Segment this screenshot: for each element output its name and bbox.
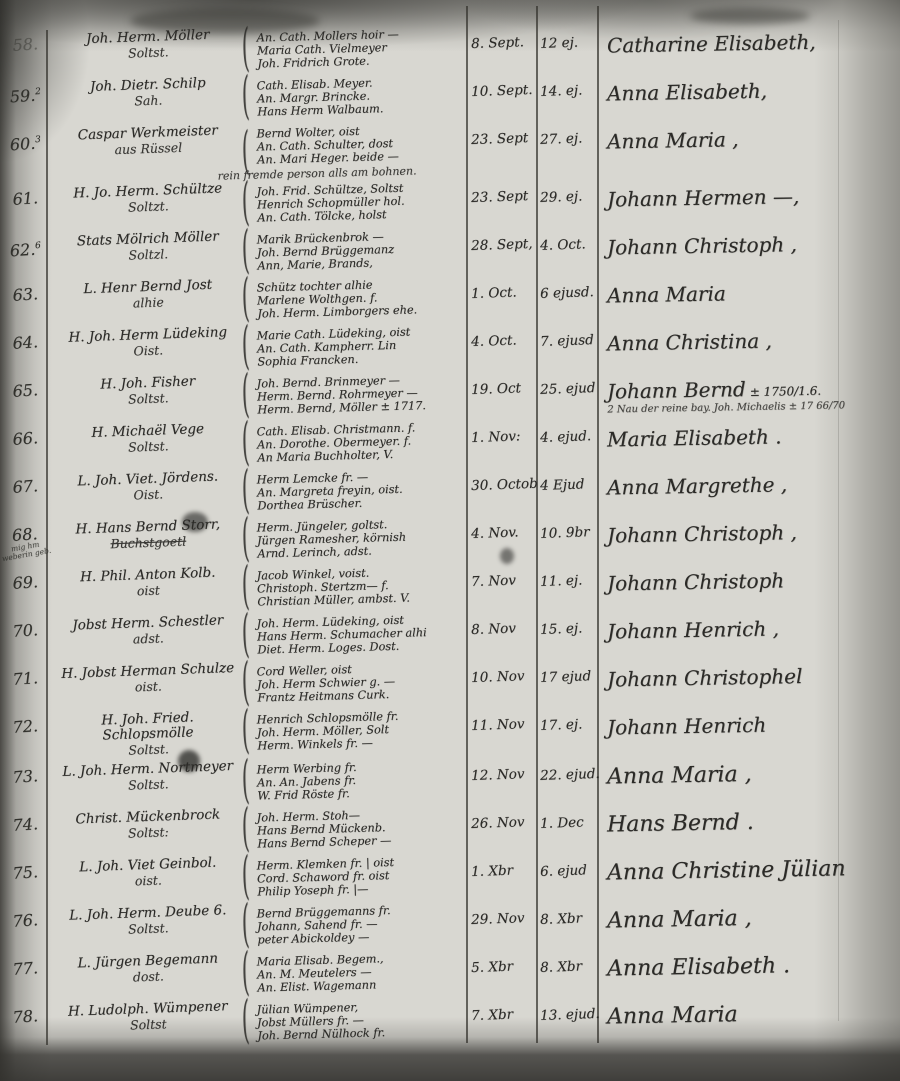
child-name: Johann Hermen —, xyxy=(597,178,900,210)
godparents-brace: ( xyxy=(242,714,250,749)
birth-date: 29. Nov xyxy=(466,902,537,928)
baptism-date: 27. ej. xyxy=(536,122,598,148)
father-name-line2: Soltst. xyxy=(56,388,240,409)
register-row: 77. L. Jürgen Begemanndost. (Maria Elisa… xyxy=(0,950,900,998)
entry-number: 65. xyxy=(0,371,51,400)
child-name: Catharine Elisabeth, xyxy=(597,24,900,56)
entry-number-superscript: 2 xyxy=(35,87,41,97)
godparents-brace: ( xyxy=(242,186,250,221)
register-row: 63. L. Henr Bernd Jostalhie (Schütz toch… xyxy=(0,276,900,324)
godparents-brace: ( xyxy=(242,666,250,701)
baptism-date: 4 Ejud xyxy=(536,468,598,494)
father-name: Joh. Dietr. SchilpSah. xyxy=(49,72,242,112)
father-name: H. Joh. Herm LüdekingOist. xyxy=(49,322,242,362)
entry-number: 74. xyxy=(0,805,51,834)
register-row: 78. H. Ludolph. WümpenerSoltst (Jülian W… xyxy=(0,998,900,1046)
father-name: H. Joh. Fried. SchlopsmölleSoltst. xyxy=(49,706,243,761)
entry-number: 69. xyxy=(0,563,51,592)
entry-number: 59.2 xyxy=(0,73,51,106)
godparents-brace: ( xyxy=(242,618,250,653)
father-name-line2: Soltst: xyxy=(56,822,240,843)
birth-date: 10. Nov xyxy=(466,660,537,686)
child-name: Anna Maria , xyxy=(597,900,900,932)
baptism-date: 4. ejud. xyxy=(536,420,598,446)
child-name: Maria Elisabeth . xyxy=(597,418,900,450)
godparents-list: (Herm. Jüngeler, goltst.Jürgen Ramesher,… xyxy=(242,514,467,561)
father-name-line2: oist. xyxy=(56,676,240,697)
baptism-date: 8. Xbr xyxy=(536,950,598,976)
godparents-list: (Cath. Elisab. Meyer.An. Margr. Brincke.… xyxy=(242,72,467,119)
father-name: Jobst Herm. Schestleradst. xyxy=(49,610,242,650)
register-row: 74. Christ. MückenbrockSoltst: (Joh. Her… xyxy=(0,806,900,854)
birth-date: 1. Nov: xyxy=(466,420,537,446)
baptism-date: 25. ejud xyxy=(536,372,598,398)
godparents-list: (Jülian Wümpener,Jobst Müllers fr. —Joh.… xyxy=(242,996,467,1043)
entry-number: 72. xyxy=(0,707,51,736)
child-name: Johann Christoph , xyxy=(597,514,900,546)
child-name: Anna Maria xyxy=(597,274,900,306)
register-row: 62.6 Stats Mölrich MöllerSoltzl. (Marik … xyxy=(0,228,900,276)
baptism-date: 12 ej. xyxy=(536,26,598,52)
father-name: L. Joh. Herm. Deube 6.Soltst. xyxy=(49,900,242,940)
entry-number: 75. xyxy=(0,853,51,882)
father-name-line2: Soltst. xyxy=(56,918,240,939)
godparents-brace: ( xyxy=(242,522,250,557)
birth-date: 19. Oct xyxy=(466,372,537,398)
father-name-line2: aus Rüssel xyxy=(56,138,240,159)
father-name-line2: Soltst. xyxy=(56,774,240,795)
birth-date: 10. Sept. xyxy=(466,74,537,100)
register-row: 76. L. Joh. Herm. Deube 6.Soltst. (Bernd… xyxy=(0,902,900,950)
father-name-line2: Soltst. xyxy=(56,436,240,457)
entry-number-superscript: 3 xyxy=(35,135,41,145)
father-name-line2: Soltst. xyxy=(56,42,240,63)
birth-date: 4. Nov. xyxy=(466,516,537,542)
entry-number: 67. xyxy=(0,467,51,496)
godparents-brace: ( xyxy=(242,1004,250,1039)
father-name-line2: Oist. xyxy=(56,340,240,361)
baptism-date: 29. ej. xyxy=(536,180,598,206)
entry-number-superscript: 6 xyxy=(35,241,41,251)
child-name: Johann Christoph xyxy=(597,562,900,594)
father-name: H. Jobst Herman Schulzeoist. xyxy=(49,658,242,698)
birth-date: 28. Sept, xyxy=(466,228,537,254)
baptism-date: 22. ejud. xyxy=(536,758,598,784)
child-name: Anna Maria xyxy=(597,996,900,1028)
birth-date: 12. Nov xyxy=(466,758,537,784)
baptism-date: 4. Oct. xyxy=(536,228,598,254)
entry-number: 73. xyxy=(0,757,51,786)
father-name: Stats Mölrich MöllerSoltzl. xyxy=(49,226,242,266)
birth-date: 4. Oct. xyxy=(466,324,537,350)
baptism-date: 6 ejusd. xyxy=(536,276,598,302)
father-name-line2: alhie xyxy=(56,292,240,313)
godparents-brace: ( xyxy=(242,32,250,67)
godparents-brace: ( xyxy=(242,234,250,269)
godparents-list: (Bernd Brüggemanns fr.Johann, Sahend fr.… xyxy=(242,900,467,947)
register-row: 70. Jobst Herm. Schestleradst. (Joh. Her… xyxy=(0,612,900,660)
baptism-date: 10. 9br xyxy=(536,516,598,542)
godparents-list: (Herm. Klemken fr. | oistCord. Schaword … xyxy=(242,852,467,899)
godparents-list: (Schütz tochter alhieMarlene Wolthgen. f… xyxy=(242,274,467,321)
baptism-date: 8. Xbr xyxy=(536,902,598,928)
father-name: H. Hans Bernd Storr,Buchstgoetl xyxy=(49,514,242,554)
entry-number: 62.6 xyxy=(0,227,51,260)
child-name: Johann Bernd± 1750/1.6.2 Nau der reine b… xyxy=(597,370,900,415)
godparents-brace: ( xyxy=(242,426,250,461)
godparents-brace: ( xyxy=(242,908,250,943)
child-name: Anna Maria , xyxy=(597,120,900,152)
register-row: 64. H. Joh. Herm LüdekingOist. (Marie Ca… xyxy=(0,324,900,372)
godparents-brace: ( xyxy=(242,812,250,847)
father-name-line2: Soltst xyxy=(56,1014,240,1035)
margin-note: mig hm weberin geb. xyxy=(0,539,52,563)
godparents-list: (Joh. Herm. Stoh—Hans Bernd Mückenb.Hans… xyxy=(242,804,467,851)
godparents-brace: ( xyxy=(242,282,250,317)
register-row: 68.mig hm weberin geb. H. Hans Bernd Sto… xyxy=(0,516,900,564)
father-name-line2: Soltzl. xyxy=(56,244,240,265)
father-name: H. Phil. Anton Kolb.oist xyxy=(49,562,242,602)
child-name: Anna Christine Jülian xyxy=(597,852,900,884)
baptism-date: 17 ejud xyxy=(536,660,598,686)
godparents-brace: ( xyxy=(242,860,250,895)
father-name: L. Henr Bernd Jostalhie xyxy=(49,274,242,314)
register-rows: 58. Joh. Herm. MöllerSoltst. (An. Cath. … xyxy=(0,26,900,1046)
godparents-brace: ( xyxy=(242,80,250,115)
father-name-line2: adst. xyxy=(56,628,240,649)
godparents-list: (Cath. Elisab. Christmann. f.An. Dorothe… xyxy=(242,418,467,465)
register-row: 66. H. Michaël VegeSoltst. (Cath. Elisab… xyxy=(0,420,900,468)
father-name: H. Michaël VegeSoltst. xyxy=(49,418,242,458)
later-annotation: ± 1750/1.6. xyxy=(750,384,822,399)
entry-number: 68.mig hm weberin geb. xyxy=(0,515,51,560)
birth-date: 23. Sept xyxy=(466,122,537,148)
register-row: 71. H. Jobst Herman Schulzeoist. (Cord W… xyxy=(0,660,900,708)
baptism-date: 15. ej. xyxy=(536,612,598,638)
birth-date: 1. Oct. xyxy=(466,276,537,302)
godparents-list: (Marik Brückenbrok —Joh. Bernd Brüggeman… xyxy=(242,226,467,273)
stain xyxy=(690,8,810,24)
father-name-line2: oist xyxy=(56,580,240,601)
godparents-brace: ( xyxy=(242,764,250,799)
register-row: 59.2 Joh. Dietr. SchilpSah. (Cath. Elisa… xyxy=(0,74,900,122)
godparents-list: (Joh. Frid. Schültze, SoltstHenrich Scho… xyxy=(242,178,467,225)
entry-number: 76. xyxy=(0,901,51,930)
birth-date: 1. Xbr xyxy=(466,854,537,880)
entry-number: 70. xyxy=(0,611,51,640)
register-row: 69. H. Phil. Anton Kolb.oist (Jacob Wink… xyxy=(0,564,900,612)
godparents-list: (Joh. Herm. Lüdeking, oistHans Herm. Sch… xyxy=(242,610,467,657)
birth-date: 23. Sept xyxy=(466,180,537,206)
father-name: H. Ludolph. WümpenerSoltst xyxy=(49,996,242,1036)
child-name: Johann Christoph , xyxy=(597,226,900,258)
entry-number: 60.3 xyxy=(0,121,51,154)
godparents-list: (Marie Cath. Lüdeking, oistAn. Cath. Kam… xyxy=(242,322,467,369)
birth-date: 5. Xbr xyxy=(466,950,537,976)
baptism-date: 1. Dec xyxy=(536,806,598,832)
child-name: Johann Henrich xyxy=(597,706,900,738)
child-name: Hans Bernd . xyxy=(597,804,900,836)
child-name: Anna Elisabeth . xyxy=(597,948,900,980)
birth-date: 7. Xbr xyxy=(466,998,537,1024)
register-row: 73. L. Joh. Herm. NortmeyerSoltst. (Herm… xyxy=(0,758,900,806)
entry-number: 63. xyxy=(0,275,51,304)
register-row: 60.3 Caspar Werkmeisteraus Rüssel (Bernd… xyxy=(0,122,900,180)
child-name: Anna Elisabeth, xyxy=(597,72,900,104)
father-name: L. Joh. Herm. NortmeyerSoltst. xyxy=(49,756,242,796)
godparents-brace: ( xyxy=(242,330,250,365)
baptism-date: 11. ej. xyxy=(536,564,598,590)
godparents-brace: ( xyxy=(242,956,250,991)
father-name: Joh. Herm. MöllerSoltst. xyxy=(49,24,242,64)
entry-number: 58. xyxy=(0,25,51,54)
baptism-date: 7. ejusd xyxy=(536,324,598,350)
birth-date: 8. Sept. xyxy=(466,26,537,52)
birth-date: 8. Nov xyxy=(466,612,537,638)
entry-number: 64. xyxy=(0,323,51,352)
godparents-list: (Herm Lemcke fr. —An. Margreta freyin, o… xyxy=(242,466,467,513)
child-name: Johann Henrich , xyxy=(597,610,900,642)
entry-number: 66. xyxy=(0,419,51,448)
father-name: H. Joh. FisherSoltst. xyxy=(49,370,242,410)
godparents-brace: ( xyxy=(242,378,250,413)
godparents-brace: ( xyxy=(242,570,250,605)
register-row: 65. H. Joh. FisherSoltst. (Joh. Bernd. B… xyxy=(0,372,900,420)
baptism-date: 17. ej. xyxy=(536,708,598,734)
godparents-list: (Bernd Wolter, oistAn. Cath. Schulter, d… xyxy=(241,120,466,182)
register-row: 75. L. Joh. Viet Geinbol.oist. (Herm. Kl… xyxy=(0,854,900,902)
father-name: L. Joh. Viet. Jördens.Oist. xyxy=(49,466,242,506)
father-name: L. Joh. Viet Geinbol.oist. xyxy=(49,852,242,892)
godparents-list: (Herm Werbing fr.An. An. Jabens fr.W. Fr… xyxy=(242,756,467,803)
baptism-date: 13. ejud. xyxy=(536,998,598,1024)
father-name-line2: oist. xyxy=(56,870,240,891)
father-name: L. Jürgen Begemanndost. xyxy=(49,948,242,988)
father-name: Caspar Werkmeisteraus Rüssel xyxy=(49,120,242,160)
child-name: Anna Maria , xyxy=(597,756,900,788)
birth-date: 30. Octob xyxy=(466,468,537,494)
father-name-line2: Buchstgoetl xyxy=(56,532,240,553)
birth-date: 7. Nov xyxy=(466,564,537,590)
godparents-list: (Jacob Winkel, voist.Christoph. Stertzm—… xyxy=(242,562,467,609)
child-name: Anna Christina , xyxy=(597,322,900,354)
child-name: Anna Margrethe , xyxy=(597,466,900,498)
godparents-brace: ( xyxy=(242,474,250,509)
godparents-list: (Cord Weller, oistJoh. Herm Schwier g. —… xyxy=(242,658,467,705)
father-name: H. Jo. Herm. SchültzeSoltzt. xyxy=(49,178,242,218)
entry-number: 71. xyxy=(0,659,51,688)
scanned-register-page: 58. Joh. Herm. MöllerSoltst. (An. Cath. … xyxy=(0,0,900,1081)
father-name-line2: Oist. xyxy=(56,484,240,505)
baptism-date: 14. ej. xyxy=(536,74,598,100)
child-name: Johann Christophel xyxy=(597,658,900,690)
godparents-list: (Henrich Schlopsmölle fr.Joh. Herm. Möll… xyxy=(242,706,467,753)
register-row: 67. L. Joh. Viet. Jördens.Oist. (Herm Le… xyxy=(0,468,900,516)
entry-number: 77. xyxy=(0,949,51,978)
father-name: Christ. MückenbrockSoltst: xyxy=(49,804,242,844)
register-row: 58. Joh. Herm. MöllerSoltst. (An. Cath. … xyxy=(0,26,900,74)
godparents-list: (Joh. Bernd. Brinmeyer —Herm. Bernd. Roh… xyxy=(242,370,467,417)
entry-number: 78. xyxy=(0,997,51,1026)
godparents-brace: ( xyxy=(242,135,250,170)
father-name-line2: dost. xyxy=(56,966,240,987)
later-annotation: 2 Nau der reine bay. Joh. Michaelis ± 17… xyxy=(607,400,900,415)
birth-date: 11. Nov xyxy=(466,708,537,734)
father-name-line2: Sah. xyxy=(56,90,240,111)
godparents-list: (An. Cath. Mollers hoir —Maria Cath. Vie… xyxy=(242,24,467,71)
father-name-line2: Soltzt. xyxy=(56,196,240,217)
register-row: 72. H. Joh. Fried. SchlopsmölleSoltst. (… xyxy=(0,708,900,758)
baptism-date: 6. ejud xyxy=(536,854,598,880)
entry-number: 61. xyxy=(0,179,51,208)
godparents-list: (Maria Elisab. Begem.,An. M. Meutelers —… xyxy=(242,948,467,995)
birth-date: 26. Nov xyxy=(466,806,537,832)
register-row: 61. H. Jo. Herm. SchültzeSoltzt. (Joh. F… xyxy=(0,180,900,228)
